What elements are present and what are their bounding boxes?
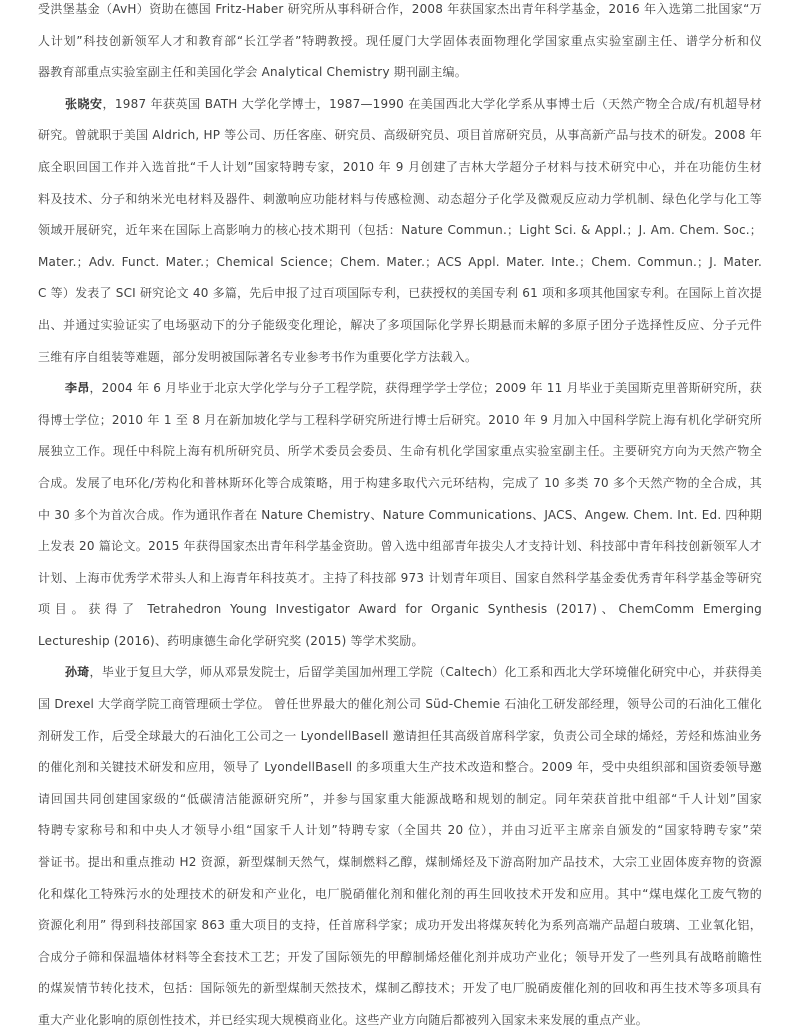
scientist-name: 孙琦 [65,665,90,679]
scientist-name: 张晓安 [65,97,102,111]
document-line: 出、并通过实验证实了电场驱动下的分子能级变化理论，解决了多项国际化学界长期悬而未… [38,310,762,342]
document-line: 得博士学位；2010 年 1 至 8 月在新加坡化学与工程科学研究所进行博士后研… [38,405,762,437]
document-line: 国 Drexel 大学商学院工商管理硕士学位。 曾任世界最大的催化剂公司 Süd… [38,689,762,721]
document-line: 器教育部重点实验室副主任和美国化学会 Analytical Chemistry … [38,57,762,89]
document-line: 展独立工作。现任中科院上海有机所研究员、所学术委员会委员、生命有机化学国家重点实… [38,436,762,468]
document-line: 合成。发展了电环化/芳构化和普林斯环化等合成策略，用于构建多取代六元环结构，完成… [38,468,762,500]
paragraph-intro-continuation: 受洪堡基金（AvH）资助在德国 Fritz-Haber 研究所从事科研合作，20… [38,0,762,89]
document-line: 请回国共同创建国家级的“低碳清洁能源研究所”，并参与国家重大能源战略和规划的制定… [38,784,762,816]
document-line: 项目。获得了 Tetrahedron Young Investigator Aw… [38,594,762,626]
paragraph-sun-qi: 孙琦，毕业于复旦大学，师从邓景发院士，后留学美国加州理工学院（Caltech）化… [38,657,762,1033]
document-line: 三维有序自组装等难题，部分发明被国际著名专业参考书作为重要化学方法载入。 [38,342,762,374]
document-line: Mater.；Adv. Funct. Mater.；Chemical Scien… [38,247,762,279]
document-line: 受洪堡基金（AvH）资助在德国 Fritz-Haber 研究所从事科研合作，20… [38,0,762,26]
document-line: 化和煤化工特殊污水的处理技术的研发和产业化，电厂脱硝催化剂和催化剂的再生回收技术… [38,879,762,911]
paragraph-zhang-xiaoan: 张晓安，1987 年获英国 BATH 大学化学博士，1987—1990 在美国西… [38,89,762,373]
document-line: Lectureship (2016)、药明康德生命化学研究奖 (2015) 等学… [38,626,762,658]
document-line: 的煤炭情节转化技术，包括：国际领先的新型煤制天然技术，煤制乙醇技术；开发了电厂脱… [38,973,762,1005]
document-line: 资源化利用” 得到科技部国家 863 重大项目的支持，任首席科学家；成功开发出将… [38,910,762,942]
document-body: 受洪堡基金（AvH）资助在德国 Fritz-Haber 研究所从事科研合作，20… [0,0,800,1033]
document-line: 料及技术、分子和纳米光电材料及器件、刺激响应功能材料与传感检测、动态超分子化学及… [38,184,762,216]
scientist-name: 李昂 [65,381,89,395]
document-line: 张晓安，1987 年获英国 BATH 大学化学博士，1987—1990 在美国西… [38,89,762,121]
document-line: 计划、上海市优秀学术带头人和上海青年科技英才。主持了科技部 973 计划青年项目… [38,563,762,595]
document-line: 特聘专家称号和和中央人才领导小组“国家千人计划”特聘专家（全国共 20 位），并… [38,815,762,847]
document-line: 誉证书。提出和重点推动 H2 资源，新型煤制天然气，煤制燃料乙醇，煤制烯烃及下游… [38,847,762,879]
document-line: 研究。曾就职于美国 Aldrich, HP 等公司、历任客座、研究员、高级研究员… [38,120,762,152]
document-line: 中 30 多个为首次合成。作为通讯作者在 Nature Chemistry、Na… [38,500,762,532]
document-line: C 等）发表了 SCI 研究论文 40 多篇，先后申报了过百项国际专利，已获授权… [38,278,762,310]
document-line: 底全职回国工作并入选首批“千人计划”国家特聘专家，2010 年 9 月创建了吉林… [38,152,762,184]
document-line: 人计划”科技创新领军人才和教育部“长江学者”特聘教授。现任厦门大学固体表面物理化… [38,26,762,58]
document-line: 李昂，2004 年 6 月毕业于北京大学化学与分子工程学院，获得理学学士学位；2… [38,373,762,405]
document-line: 的催化剂和关键技术研发和应用，领导了 LyondellBasell 的多项重大生… [38,752,762,784]
document-line: 重大产业化影响的原创性技术，并已经实现大规模商业化。这些产业方向随后都被列入国家… [38,1005,762,1033]
document-line: 剂研发工作，后受全球最大的石油化工公司之一 LyondellBasell 邀请担… [38,721,762,753]
document-line: 孙琦，毕业于复旦大学，师从邓景发院士，后留学美国加州理工学院（Caltech）化… [38,657,762,689]
document-line: 合成分子筛和保温墙体材料等全套技术工艺；开发了国际领先的甲醇制烯烃催化剂并成功产… [38,942,762,974]
paragraph-li-ang: 李昂，2004 年 6 月毕业于北京大学化学与分子工程学院，获得理学学士学位；2… [38,373,762,657]
document-line: 上发表 20 篇论文。2015 年获得国家杰出青年科学基金资助。曾入选中组部青年… [38,531,762,563]
document-line: 领域开展研究，近年来在国际上高影响力的核心技术期刊（包括：Nature Comm… [38,215,762,247]
